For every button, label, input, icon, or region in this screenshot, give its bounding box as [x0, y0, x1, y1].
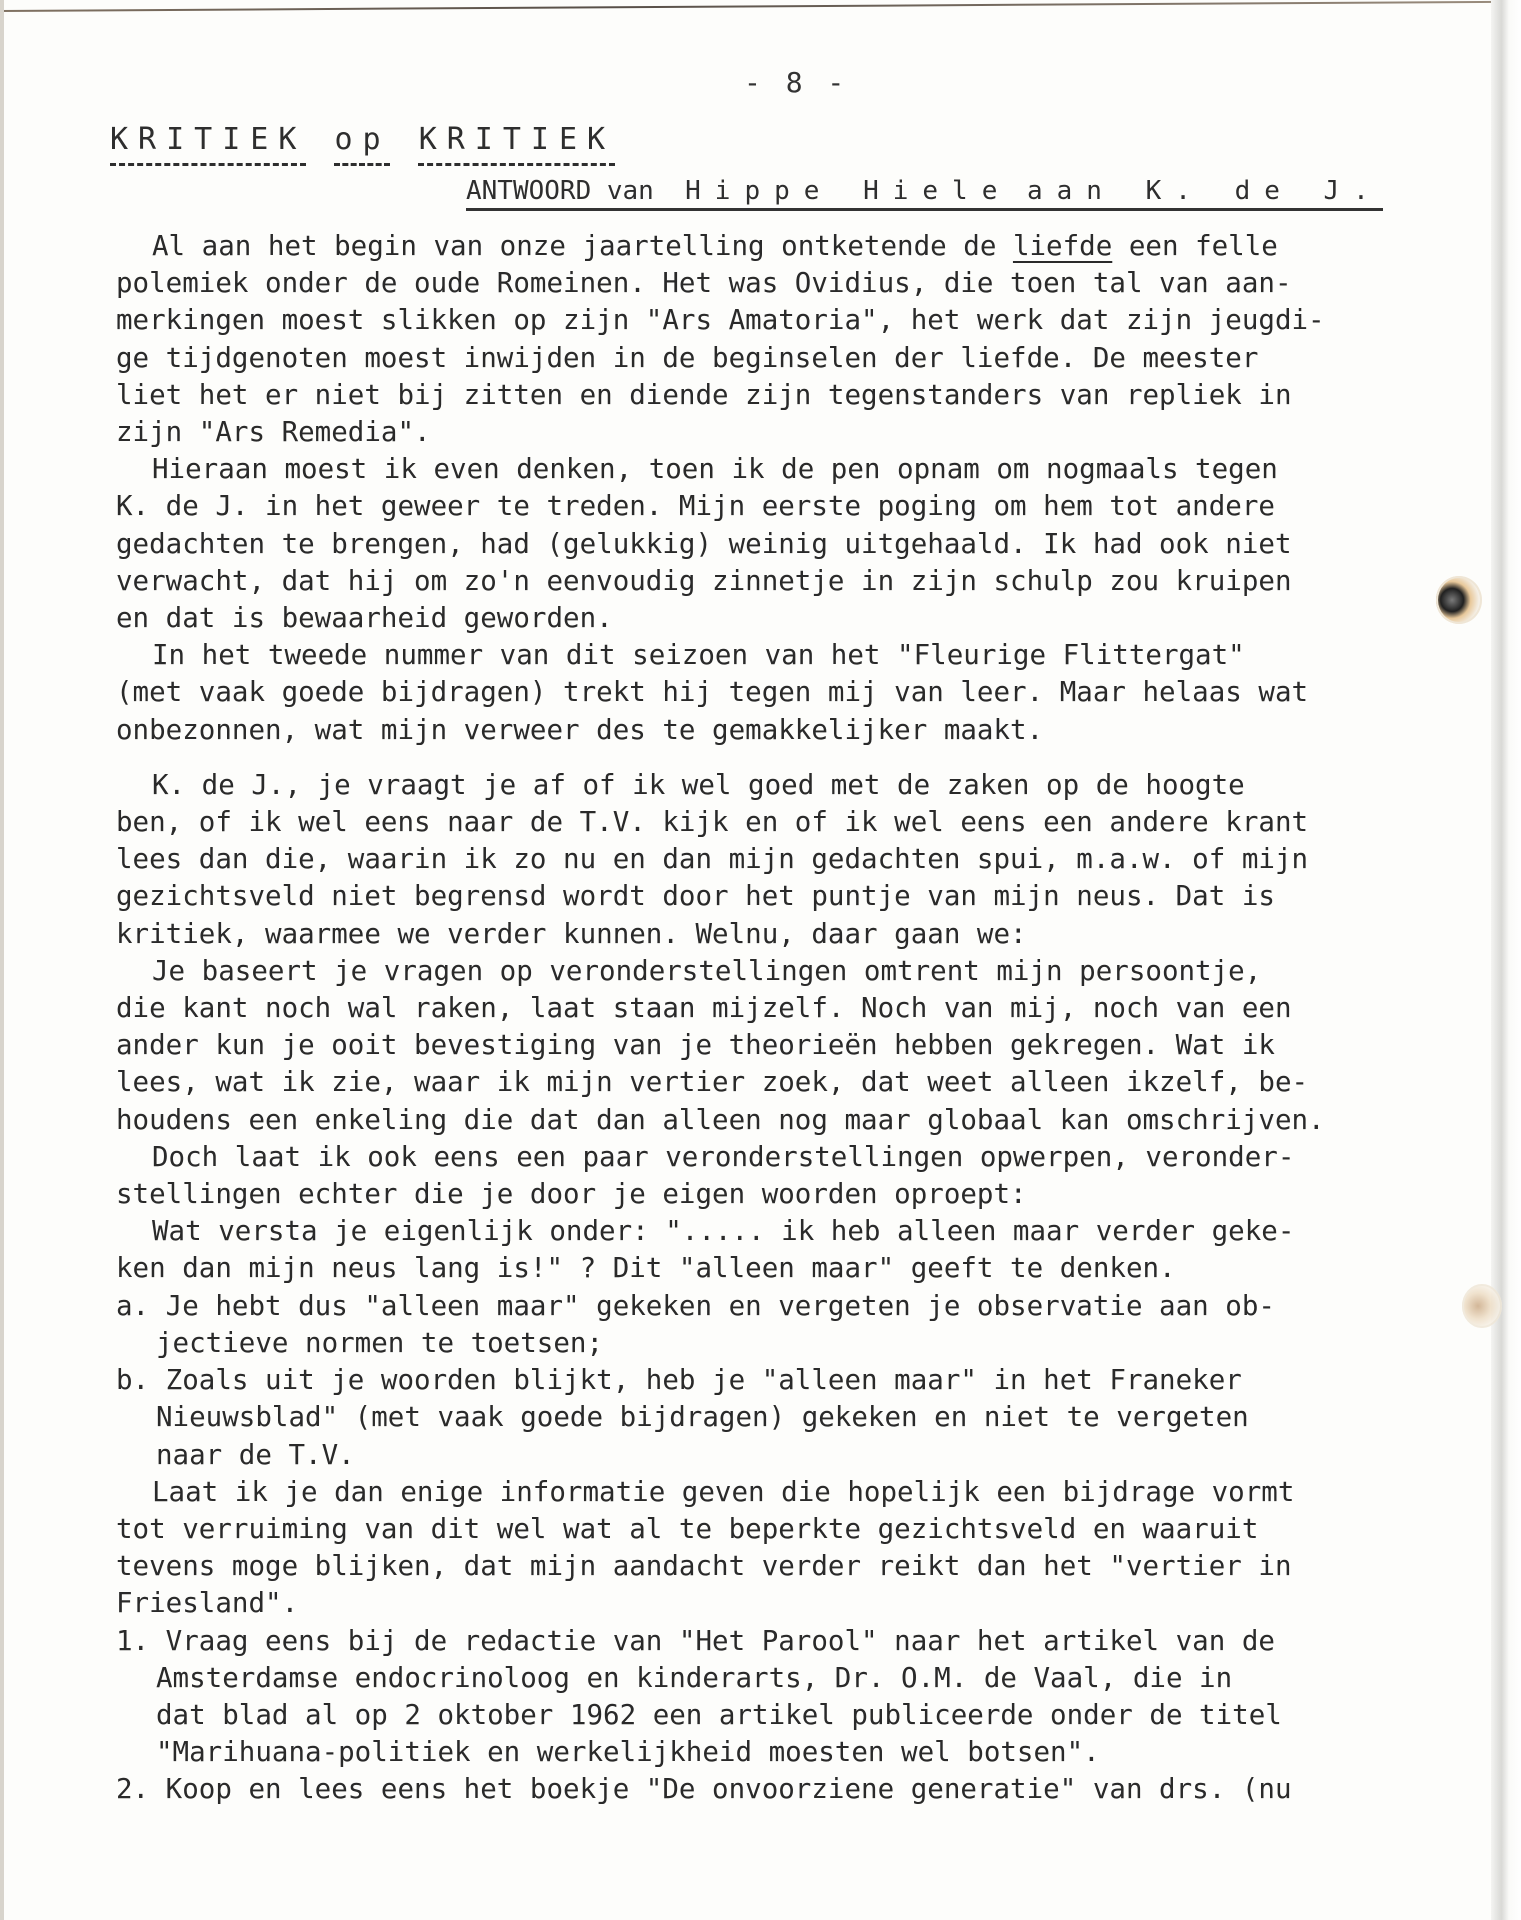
text-line: tot verruiming van dit wel wat al te bep…: [116, 1511, 1446, 1548]
paragraph: Laat ik je dan enige informatie geven di…: [116, 1474, 1446, 1623]
subtitle-author: Hippe Hiele: [685, 176, 1011, 206]
text-line: zijn "Ars Remedia".: [116, 414, 1446, 451]
text-line: Friesland".: [116, 1585, 1446, 1622]
paragraph: Al aan het begin van onze jaartelling on…: [116, 228, 1446, 451]
text-line: jectieve normen te toetsen;: [116, 1325, 1446, 1362]
list-item: b. Zoals uit je woorden blijkt, heb je "…: [116, 1362, 1446, 1474]
text-line: Je baseert je vragen op veronderstelling…: [116, 953, 1446, 990]
text-line: die kant noch wal raken, laat staan mijz…: [116, 990, 1446, 1027]
text-line: 1. Vraag eens bij de redactie van "Het P…: [116, 1623, 1446, 1660]
text-line: 2. Koop en lees eens het boekje "De onvo…: [116, 1771, 1446, 1808]
text-line: stellingen echter die je door je eigen w…: [116, 1176, 1446, 1213]
text-line: en dat is bewaarheid geworden.: [116, 600, 1446, 637]
text-line: (met vaak goede bijdragen) trekt hij teg…: [116, 674, 1446, 711]
text-line: gedachten te brengen, had (gelukkig) wei…: [116, 526, 1446, 563]
subtitle-prefix: ANTWOORD van: [466, 176, 654, 206]
paragraph: Doch laat ik ook eens een paar veronders…: [116, 1139, 1446, 1213]
text-line: Nieuwsblad" (met vaak goede bijdragen) g…: [116, 1399, 1446, 1436]
text-line: Doch laat ik ook eens een paar veronders…: [116, 1139, 1446, 1176]
paragraph: Je baseert je vragen op veronderstelling…: [116, 953, 1446, 1139]
page-right-edge-shadow: [1491, 0, 1521, 1920]
text-line: b. Zoals uit je woorden blijkt, heb je "…: [116, 1362, 1446, 1399]
text-line: In het tweede nummer van dit seizoen van…: [116, 637, 1446, 674]
text-line: Laat ik je dan enige informatie geven di…: [116, 1474, 1446, 1511]
text-line: ander kun je ooit bevestiging van je the…: [116, 1027, 1446, 1064]
text-line: dat blad al op 2 oktober 1962 een artike…: [116, 1697, 1446, 1734]
text-line: ge tijdgenoten moest inwijden in de begi…: [116, 340, 1446, 377]
text-line: lees, wat ik zie, waar ik mijn vertier z…: [116, 1064, 1446, 1101]
paragraph: In het tweede nummer van dit seizoen van…: [116, 637, 1446, 749]
heading-word: KRITIEK: [110, 122, 306, 157]
text-line: lees dan die, waarin ik zo nu en dan mij…: [116, 841, 1446, 878]
paragraph: Wat versta je eigenlijk onder: "..... ik…: [116, 1213, 1446, 1287]
article-heading: KRITIEK op KRITIEK: [110, 122, 615, 157]
punch-hole-icon: [1462, 1284, 1502, 1328]
text-line: tevens moge blijken, dat mijn aandacht v…: [116, 1548, 1446, 1585]
text-line: K. de J., je vraagt je af of ik wel goed…: [116, 767, 1446, 804]
article-body: Al aan het begin van onze jaartelling on…: [116, 228, 1446, 1809]
text-line: ken dan mijn neus lang is!" ? Dit "allee…: [116, 1250, 1446, 1287]
text-line: Hieraan moest ik even denken, toen ik de…: [116, 451, 1446, 488]
paragraph-gap: [116, 749, 1446, 767]
paragraph: K. de J., je vraagt je af of ik wel goed…: [116, 767, 1446, 953]
text-line: liet het er niet bij zitten en diende zi…: [116, 377, 1446, 414]
text-line: kritiek, waarmee we verder kunnen. Welnu…: [116, 916, 1446, 953]
page-number: - 8 -: [744, 66, 848, 99]
text-line: onbezonnen, wat mijn verweer des te gema…: [116, 712, 1446, 749]
text-line: Wat versta je eigenlijk onder: "..... ik…: [116, 1213, 1446, 1250]
text-line: polemiek onder de oude Romeinen. Het was…: [116, 265, 1446, 302]
text-line: verwacht, dat hij om zo'n eenvoudig zinn…: [116, 563, 1446, 600]
list-item: 1. Vraag eens bij de redactie van "Het P…: [116, 1623, 1446, 1772]
text-line: "Marihuana-politiek en werkelijkheid moe…: [116, 1734, 1446, 1771]
paragraph: Hieraan moest ik even denken, toen ik de…: [116, 451, 1446, 637]
list-item: 2. Koop en lees eens het boekje "De onvo…: [116, 1771, 1446, 1808]
text-line: houdens een enkeling die dat dan alleen …: [116, 1102, 1446, 1139]
list-item: a. Je hebt dus "alleen maar" gekeken en …: [116, 1288, 1446, 1362]
heading-word: op: [335, 122, 391, 157]
article-subtitle: ANTWOORD van Hippe Hiele aan K. de J.: [466, 176, 1383, 211]
text-line: Al aan het begin van onze jaartelling on…: [116, 228, 1446, 265]
page-left-edge: [0, 0, 4, 1920]
text-line: gezichtsveld niet begrensd wordt door he…: [116, 878, 1446, 915]
text-line: naar de T.V.: [116, 1437, 1446, 1474]
text-line: a. Je hebt dus "alleen maar" gekeken en …: [116, 1288, 1446, 1325]
heading-word: KRITIEK: [419, 122, 615, 157]
page-top-edge: [0, 1, 1521, 12]
text-run: een felle: [1112, 230, 1278, 262]
text-line: Amsterdamse endocrinoloog en kinderarts,…: [116, 1660, 1446, 1697]
subtitle-suffix: aan K. de J.: [1027, 176, 1383, 206]
underlined-word: liefde: [1013, 230, 1112, 262]
text-line: ben, of ik wel eens naar de T.V. kijk en…: [116, 804, 1446, 841]
text-line: merkingen moest slikken op zijn "Ars Ama…: [116, 302, 1446, 339]
text-line: K. de J. in het geweer te treden. Mijn e…: [116, 488, 1446, 525]
text-run: Al aan het begin van onze jaartelling on…: [152, 230, 1013, 262]
